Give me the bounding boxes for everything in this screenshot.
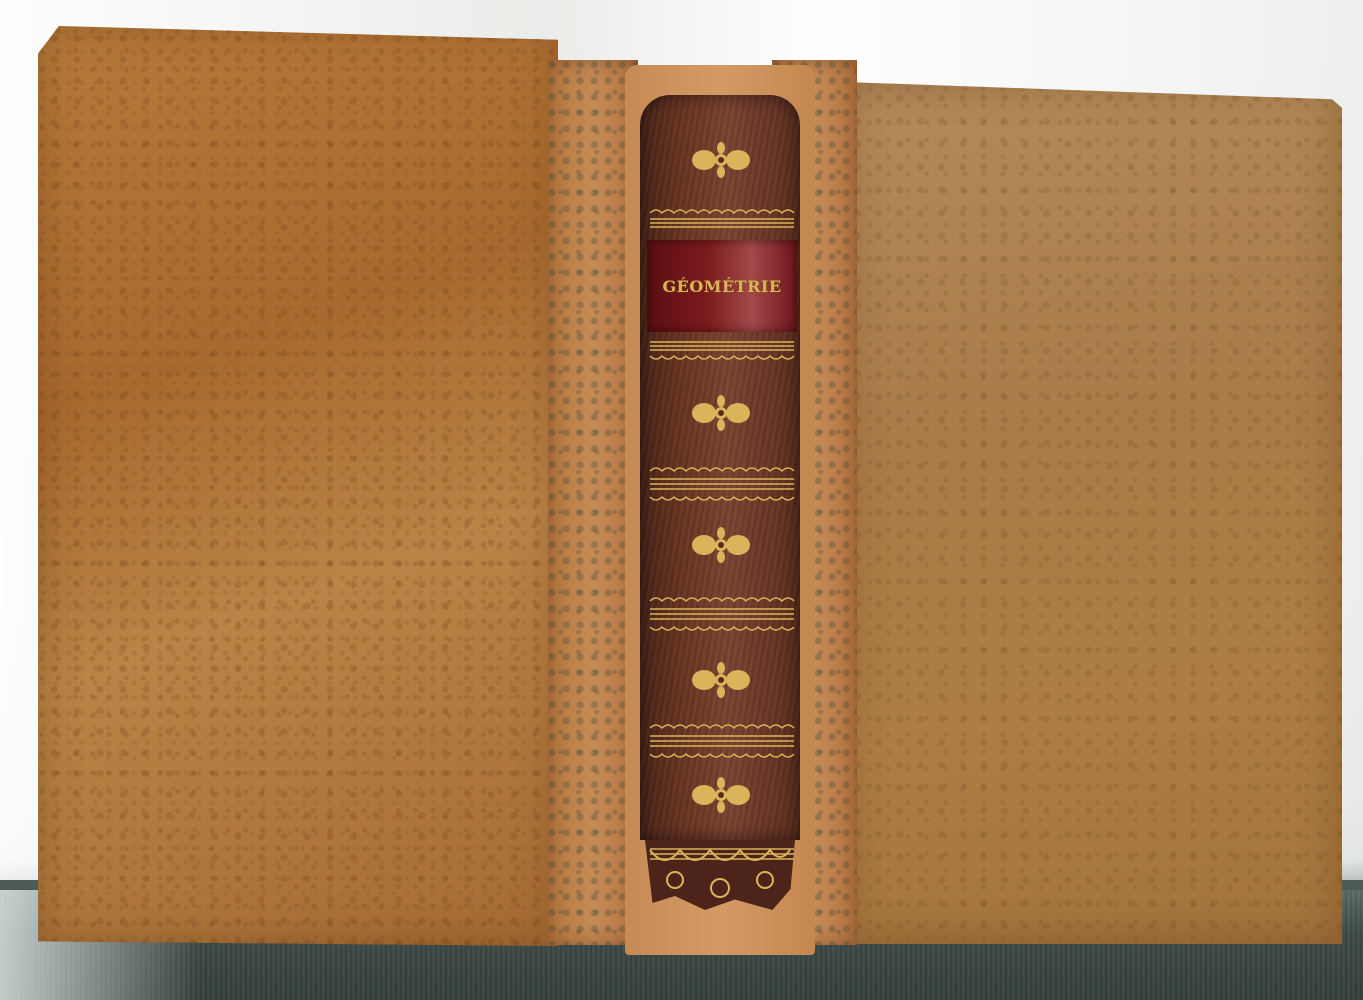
floral-ornament-icon bbox=[690, 527, 752, 563]
gilt-band-icon bbox=[648, 595, 796, 635]
gilt-band-icon bbox=[648, 207, 796, 233]
back-board bbox=[845, 82, 1342, 944]
floral-ornament-icon bbox=[690, 395, 752, 431]
floral-ornament-icon bbox=[690, 142, 752, 178]
floral-ornament-icon bbox=[690, 662, 752, 698]
spine-title: GÉOMÉTRIE bbox=[662, 277, 781, 296]
spine-title-label: GÉOMÉTRIE bbox=[647, 240, 797, 332]
floral-ornament-icon bbox=[690, 777, 752, 813]
gilt-band-icon bbox=[648, 845, 796, 865]
front-board bbox=[38, 26, 558, 946]
gilt-band-icon bbox=[648, 722, 796, 762]
gilt-band-icon bbox=[648, 465, 796, 505]
gilt-band-icon bbox=[648, 338, 796, 364]
